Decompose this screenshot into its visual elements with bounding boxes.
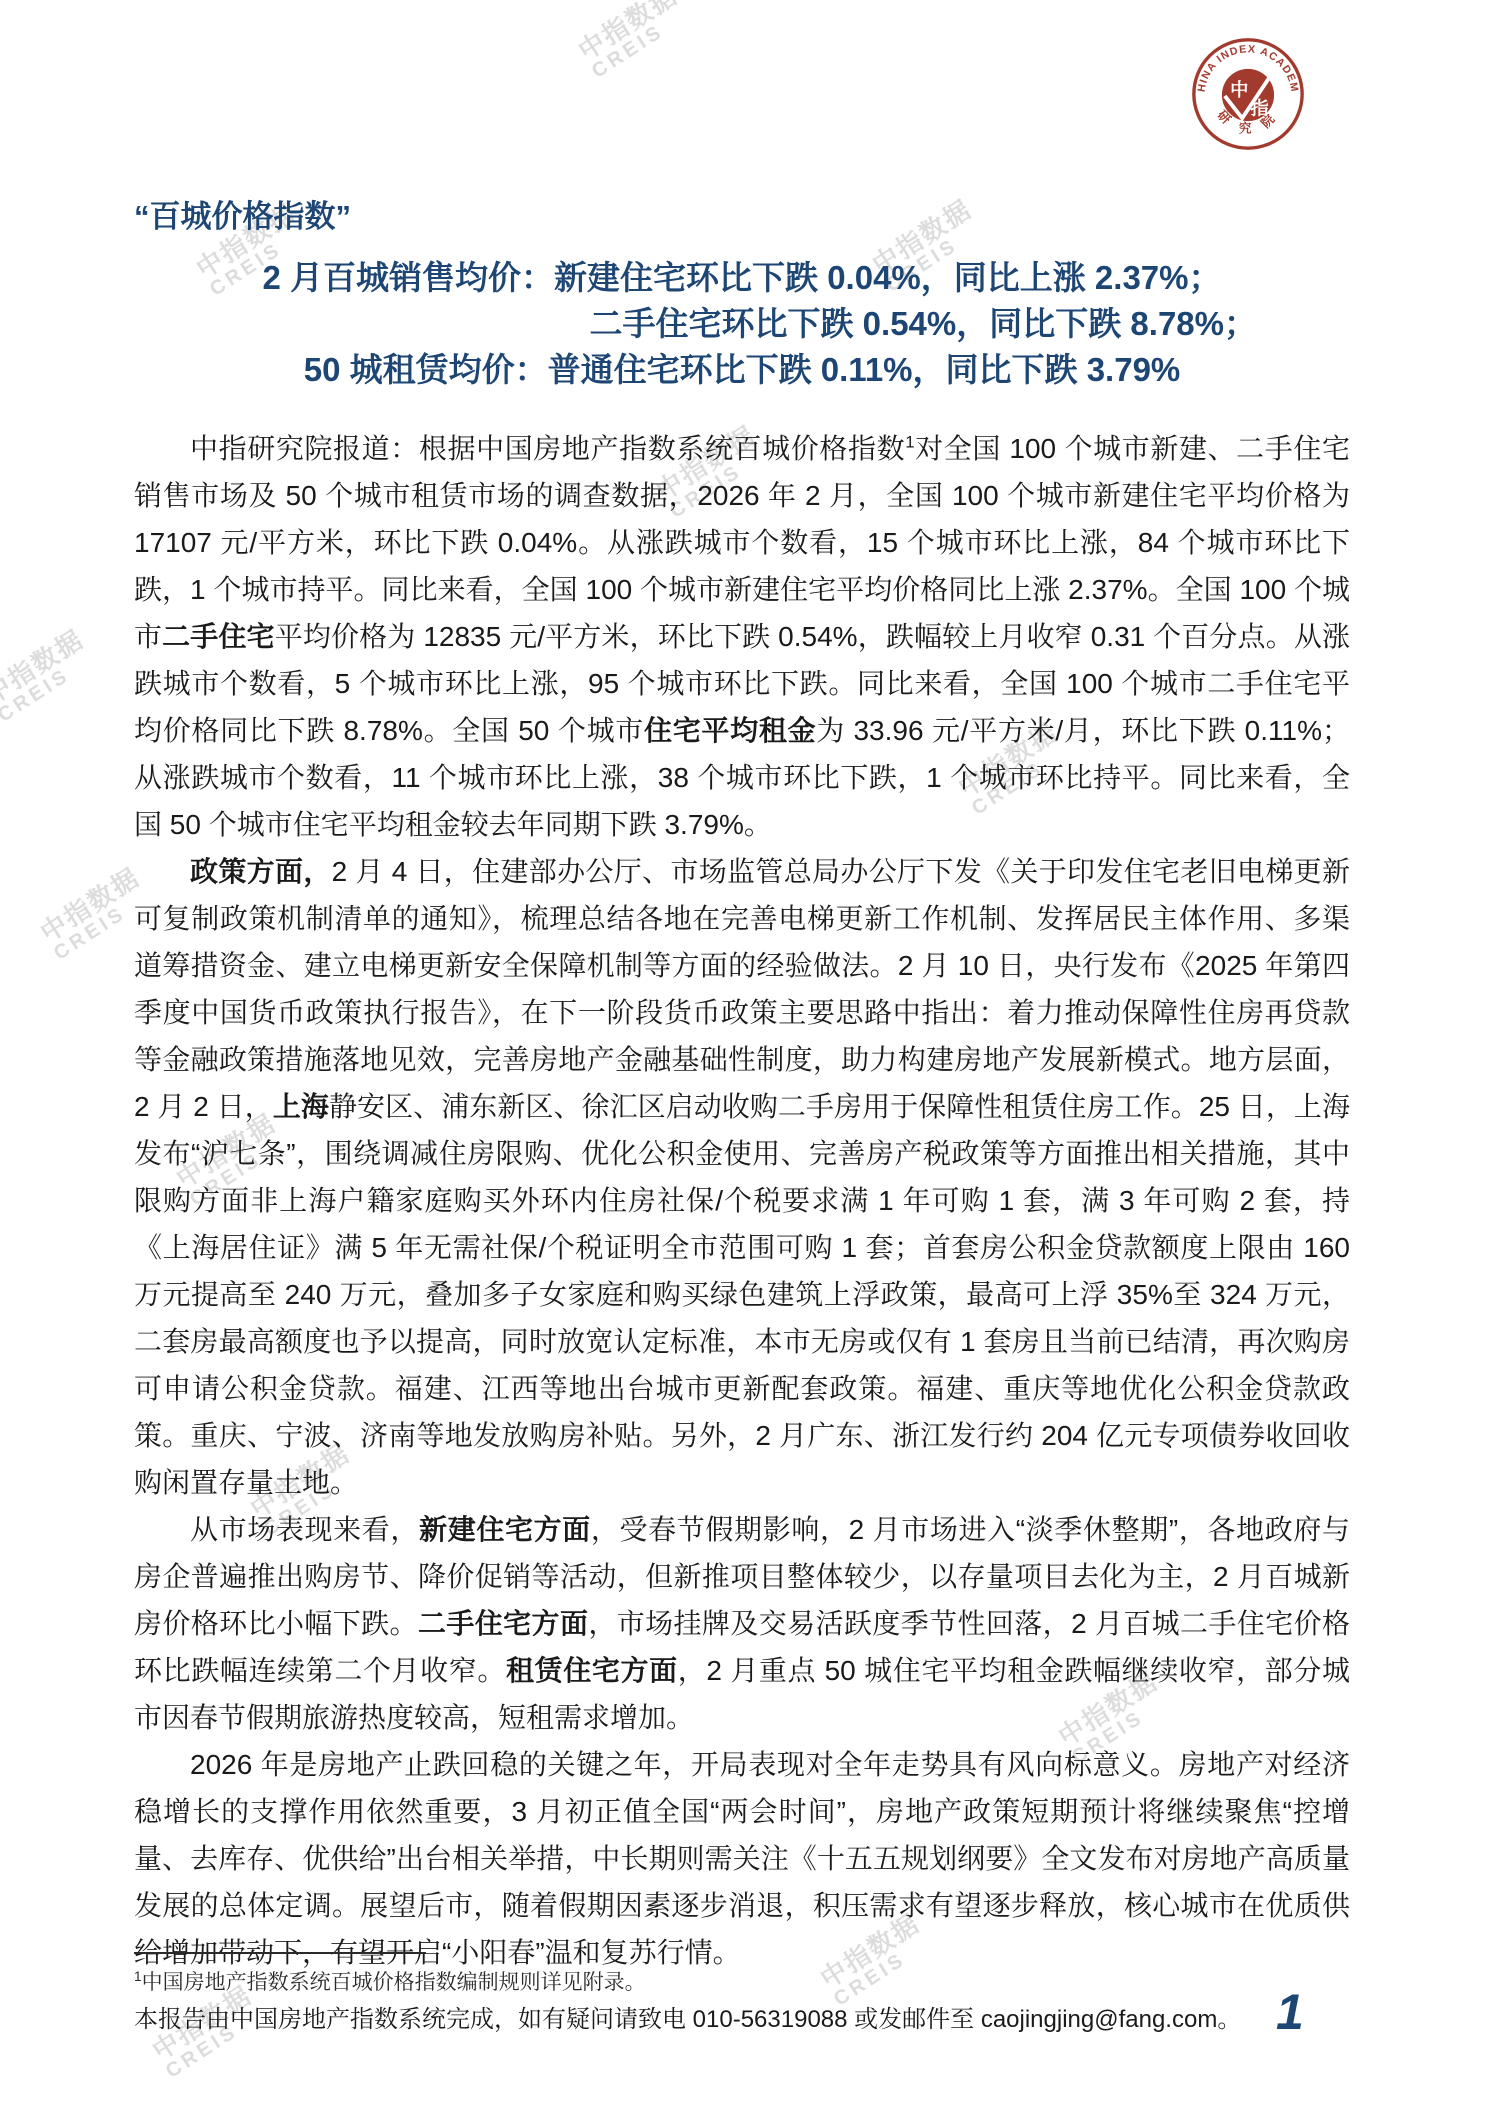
report-page: 中指数据CREIS中指数据CREIS中指数据CREIS中指数据CREIS中指数据… [0,0,1488,2104]
footer-contact-line: 本报告由中国房地产指数系统完成，如有疑问请致电 010-56319088 或发邮… [134,2003,1241,2037]
headline: 2 月百城销售均价：新建住宅环比下跌 0.04%，同比上涨 2.37%；二手住宅… [134,255,1350,393]
watermark: 中指数据CREIS [0,625,100,727]
china-index-academy-seal-logo: CHINA INDEX ACADEMY 研 究 院 中 指 [1190,36,1306,152]
content-column: “百城价格指数” 2 月百城销售均价：新建住宅环比下跌 0.04%，同比上涨 2… [134,0,1350,1976]
paragraph: 中指研究院报道：根据中国房地产指数系统百城价格指数1对全国 100 个城市新建、… [134,425,1350,848]
footnote-divider [134,1952,426,1954]
paragraph: 2026 年是房地产止跌回稳的关键之年，开局表现对全年走势具有风向标意义。房地产… [134,1741,1350,1976]
footnote-text: 中国房地产指数系统百城价格指数编制规则详见附录。 [142,1971,646,1994]
report-kicker: “百城价格指数” [134,197,1350,237]
headline-line: 50 城租赁均价：普通住宅环比下跌 0.11%，同比下跌 3.79% [134,347,1350,393]
headline-line: 2 月百城销售均价：新建住宅环比下跌 0.04%，同比上涨 2.37%； [134,255,1350,301]
body-paragraphs: 中指研究院报道：根据中国房地产指数系统百城价格指数1对全国 100 个城市新建、… [134,425,1350,1976]
paragraph: 政策方面，2 月 4 日，住建部办公厅、市场监管总局办公厅下发《关于印发住宅老旧… [134,848,1350,1506]
seal-center-char-2: 指 [1250,97,1268,118]
paragraph: 从市场表现来看，新建住宅方面，受春节假期影响，2 月市场进入“淡季休整期”，各地… [134,1506,1350,1741]
headline-line: 二手住宅环比下跌 0.54%，同比下跌 8.78%； [134,301,1350,347]
page-number: 1 [1276,1983,1304,2041]
seal-center-char-1: 中 [1230,79,1248,100]
footnote-marker: 1 [134,1969,142,1984]
footnote: 1中国房地产指数系统百城价格指数编制规则详见附录。 [134,1962,646,1998]
